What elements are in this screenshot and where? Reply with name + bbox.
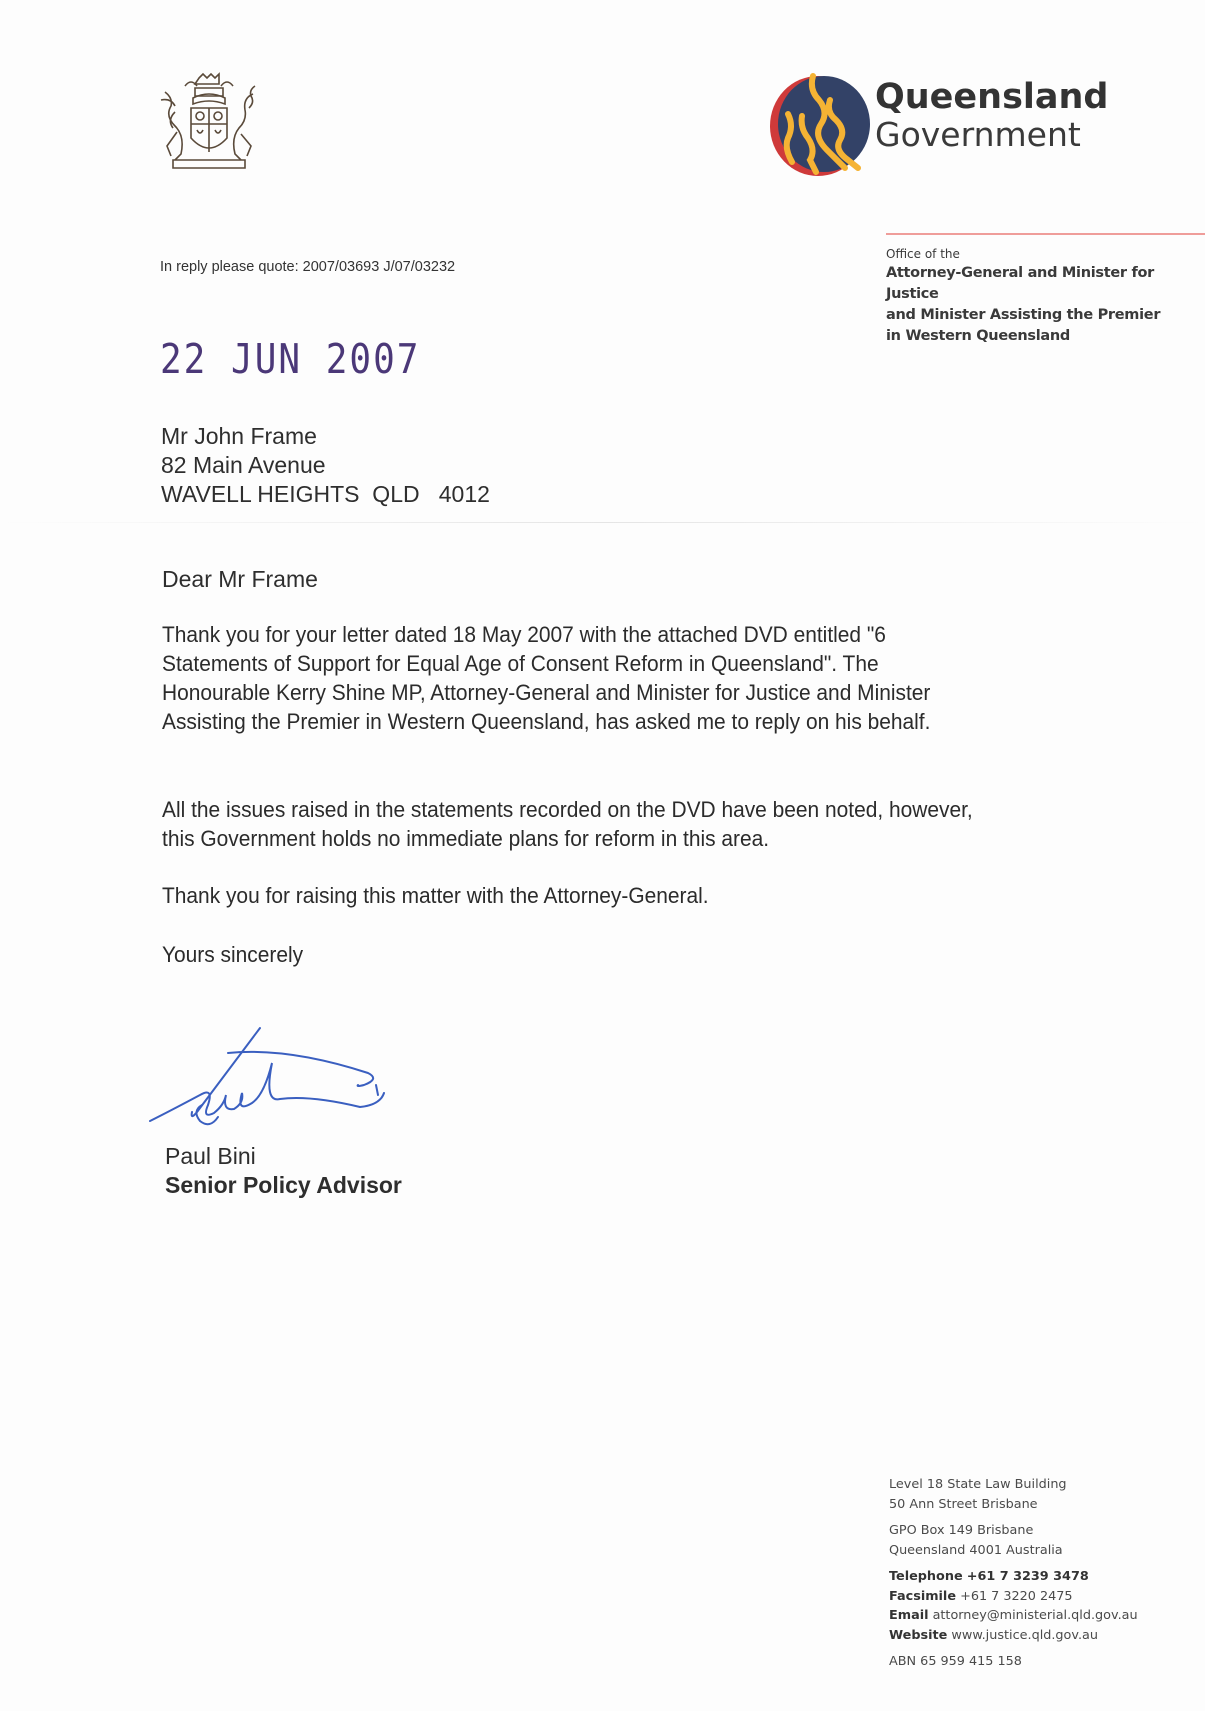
brand-wordmark: Queensland Government [875, 78, 1108, 154]
office-block: Office of the Attorney-General and Minis… [886, 246, 1205, 347]
signatory-title: Senior Policy Advisor [165, 1171, 402, 1200]
recipient-name: Mr John Frame [161, 422, 490, 451]
signatory-block: Paul Bini Senior Policy Advisor [165, 1142, 402, 1200]
footer-facsimile: Facsimile +61 7 3220 2475 [889, 1587, 1138, 1607]
closing: Yours sincerely [162, 940, 980, 969]
brand-line-1: Queensland [875, 78, 1108, 116]
footer-address-line: GPO Box 149 Brisbane [889, 1521, 1138, 1541]
paper-fold-line [0, 522, 1205, 523]
body-paragraph: Thank you for raising this matter with t… [162, 881, 980, 910]
footer-email[interactable]: Email attorney@ministerial.qld.gov.au [889, 1606, 1138, 1626]
body-paragraph: Thank you for your letter dated 18 May 2… [162, 620, 980, 736]
office-line: and Minister Assisting the Premier [886, 305, 1205, 326]
salutation: Dear Mr Frame [162, 566, 318, 593]
office-line: Attorney-General and Minister for Justic… [886, 263, 1205, 305]
brand-line-2: Government [875, 116, 1108, 154]
footer-address-line: Level 18 State Law Building [889, 1475, 1138, 1495]
office-line: in Western Queensland [886, 326, 1205, 347]
letterhead-divider [886, 233, 1205, 235]
footer-abn: ABN 65 959 415 158 [889, 1652, 1138, 1672]
signature-icon [148, 1025, 418, 1140]
date-stamp: 22 JUN 2007 [160, 336, 420, 383]
coat-of-arms-icon [155, 72, 263, 172]
body-paragraph: All the issues raised in the statements … [162, 795, 980, 853]
footer-website[interactable]: Website www.justice.qld.gov.au [889, 1626, 1138, 1646]
footer-address-line: Queensland 4001 Australia [889, 1541, 1138, 1561]
queensland-government-logo-icon [758, 68, 888, 178]
recipient-street: 82 Main Avenue [161, 451, 490, 480]
footer-contact-block: Level 18 State Law Building 50 Ann Stree… [889, 1475, 1138, 1672]
recipient-locality: WAVELL HEIGHTS QLD 4012 [161, 480, 490, 509]
reference-line: In reply please quote: 2007/03693 J/07/0… [160, 259, 455, 275]
recipient-address: Mr John Frame 82 Main Avenue WAVELL HEIG… [161, 422, 490, 509]
footer-address-line: 50 Ann Street Brisbane [889, 1495, 1138, 1515]
office-prefix: Office of the [886, 246, 1205, 263]
signatory-name: Paul Bini [165, 1142, 402, 1171]
footer-telephone: Telephone +61 7 3239 3478 [889, 1567, 1138, 1587]
